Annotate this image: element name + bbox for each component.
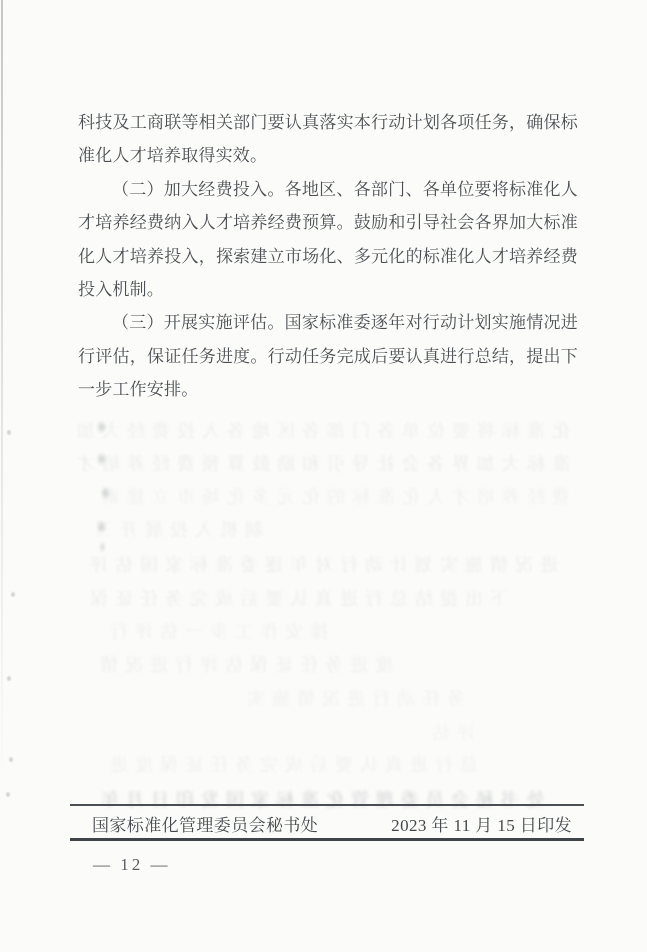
scan-speck [7, 430, 11, 435]
ink-blot [96, 452, 107, 466]
bleedthrough-artifact: 准标大加界各会社导引和励鼓算预费经养培才 [78, 453, 570, 475]
document-footer: 国家标准化管理委员会秘书处 2023 年 11 月 15 日印发 [70, 811, 584, 836]
issuing-office: 国家标准化管理委员会秘书处 [92, 811, 318, 836]
bleedthrough-artifact: 评估 [420, 722, 475, 744]
page-edge-shadow [1, 0, 3, 780]
ink-blot [96, 420, 107, 434]
document-body: 科技及工商联等相关部门要认真落实本行动计划各项任务，确保标 准化人才培养取得实效… [78, 106, 578, 407]
body-line: 一步工作安排。 [78, 373, 578, 406]
bleedthrough-artifact: 费经养培才人化准标的化元多化场市立建索探 [95, 486, 570, 508]
body-line: 才培养经费纳入人才培养经费预算。鼓励和引导社会各界加大标准 [78, 206, 578, 239]
ink-blot [96, 520, 107, 534]
scan-speck [9, 757, 13, 762]
ink-blot [99, 541, 106, 553]
scan-speck [6, 792, 10, 797]
bleedthrough-artifact: 下出提结总行进真认要后成完务任证保 [78, 588, 508, 610]
bleedthrough-artifact: 总行进真认要后成完务任证保度进 [78, 754, 478, 776]
body-line: （三）开展实施评估。国家标准委逐年对行动计划实施情况进 [78, 306, 578, 339]
body-line: 行评估，保证任务进度。行动任务完成后要认真进行总结，提出下 [78, 340, 578, 373]
bleedthrough-artifact: 化准标将要位单各门部各区地各入投费经大加 [78, 420, 570, 442]
scan-speck [7, 676, 11, 681]
print-date: 2023 年 11 月 15 日印发 [391, 811, 572, 836]
body-line: 准化人才培养取得实效。 [78, 139, 578, 172]
footer-rule-bottom [70, 838, 584, 841]
body-line: 科技及工商联等相关部门要认真落实本行动计划各项任务，确保标 [78, 106, 578, 139]
ink-blot [100, 486, 111, 500]
body-line: 投入机制。 [78, 273, 578, 306]
scan-speck [11, 592, 15, 597]
footer-rule-top [70, 804, 584, 806]
bleedthrough-artifact: 排安作工步一估评行 [78, 621, 328, 643]
body-line: 化人才培养投入，探索建立市场化、多元化的标准化人才培养经费 [78, 240, 578, 273]
body-line: （二）加大经费投入。各地区、各部门、各单位要将标准化人 [78, 173, 578, 206]
bleedthrough-artifact: 进况情施实划计动行对年逐委准标家国估评 [78, 554, 558, 576]
bleedthrough-artifact: 度进务任证保估评行进况情 [78, 654, 393, 676]
bleedthrough-artifact: 处书秘会员委理管化准标家国发印日月年 [72, 789, 544, 811]
page-number: — 12 — [93, 855, 171, 875]
bleedthrough-artifact: 务任动行进况情施实 [245, 688, 465, 710]
document-page: 科技及工商联等相关部门要认真落实本行动计划各项任务，确保标 准化人才培养取得实效… [0, 0, 647, 952]
